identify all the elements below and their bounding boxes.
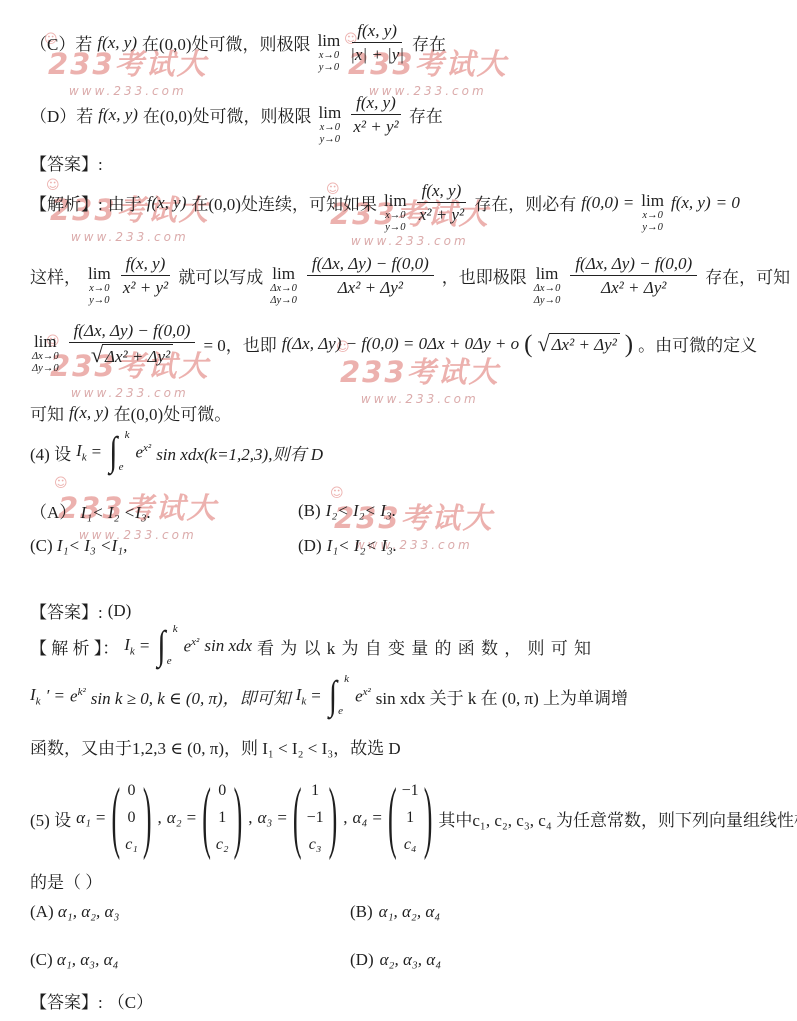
q4-analysis-line-3: 函数，又由于1,2,3 ∈ (0, π)，则 I₁ < I₂ < I₃，故选 D xyxy=(30,734,401,759)
left-paren: ( xyxy=(293,778,302,859)
equals-sign: = xyxy=(277,808,287,828)
fraction-numerator: f(Δx, Δy) − f(0,0) xyxy=(307,253,434,276)
option-text: 在(0,0)处可微，则极限 xyxy=(142,30,311,55)
lim-subscripts: Δx→0 Δy→0 xyxy=(270,283,297,307)
left-paren: ( xyxy=(202,778,211,859)
q5-option-d: (D) α₂, α₃, α₄ xyxy=(350,950,441,970)
option-label: (D) xyxy=(350,950,374,970)
option-text: I₁< I₂< I₃. xyxy=(327,536,397,556)
lim-subscripts: Δx→0 Δy→0 xyxy=(32,351,59,375)
option-text: α₂, α₃, α₄ xyxy=(380,950,442,970)
stem-text: 其中c₁, c₂, c₃, c₄ 为任意常数，则下列向量组线性相关 xyxy=(438,806,797,831)
answer-value: (D) xyxy=(108,601,132,621)
math-expansion: f(Δx, Δy) − f(0,0) = 0Δx + 0Δy + o xyxy=(282,334,519,354)
column-vector: ( 1 −1 c₃ ) xyxy=(293,782,337,854)
vector-entry: 0 xyxy=(128,809,136,827)
limit-operator: lim x→0 y→0 xyxy=(319,104,342,146)
q5-stem: (5) 设 α₁ = ( 0 0 c₁ ) , α₂ = ( 0 1 c₂ ) … xyxy=(30,782,797,854)
math-fraction: f(x, y) x² + y² xyxy=(121,253,171,299)
lim-sub-y: y→0 xyxy=(642,222,662,234)
q3-answer-line: 【答案】: xyxy=(30,150,103,175)
analysis-text: 函数，又由于1,2,3 ∈ (0, π)，则 I₁ < I₂ < I₃，故选 D xyxy=(30,734,401,759)
math-e: e xyxy=(135,442,143,461)
lim-sub-x: x→0 xyxy=(320,122,340,134)
lim-word: lim xyxy=(319,104,342,121)
separator: , xyxy=(158,808,162,828)
option-label: (B) xyxy=(298,501,321,521)
watermark-url: www.233.com xyxy=(50,230,210,244)
q4-option-b: (B) I₂< I₂< I₃. xyxy=(298,501,396,521)
option-label: (B) xyxy=(350,902,373,922)
answer-label: 【答案】: xyxy=(30,598,103,623)
integral-sign: ∫ xyxy=(109,433,117,469)
equals-sign: = xyxy=(92,442,102,462)
fraction-denominator: Δx² + Δy² xyxy=(601,276,666,298)
option-label: （C）若 xyxy=(30,30,92,55)
equals-sign: = xyxy=(96,808,106,828)
q3-analysis-line-1: 【解析】: 由于 f(x, y) 在(0,0)处连续，可知如果 lim x→0 … xyxy=(30,180,740,226)
vector-entry: 0 xyxy=(218,782,226,800)
lim-subscripts: Δx→0 Δy→0 xyxy=(534,283,561,307)
q4-answer-line: 【答案】: (D) xyxy=(30,598,131,623)
analysis-text: sin xdx 关于 k 在 (0, π) 上为单调增 xyxy=(376,684,628,709)
vector-entry: c₄ xyxy=(404,836,417,854)
equals-sign: = xyxy=(140,636,150,656)
integral-upper-bound: k xyxy=(125,429,130,441)
lim-sub-y: y→0 xyxy=(320,134,340,146)
lim-sub-x: x→0 xyxy=(319,50,339,62)
column-vector: ( 0 1 c₂ ) xyxy=(202,782,242,854)
option-text: α₁, α₃, α₄ xyxy=(57,950,119,969)
math-f-xy: f(x, y) xyxy=(671,193,711,213)
sup-k2: k² xyxy=(78,686,86,698)
math-e-k2: ek² xyxy=(70,686,86,707)
math-prime-eq: ′ = xyxy=(46,686,65,706)
separator: , xyxy=(343,808,347,828)
answer-label: 【答案】: xyxy=(30,988,103,1013)
math-e: e xyxy=(355,686,363,705)
math-eq-zero: = 0 xyxy=(716,193,740,213)
q3-analysis-line-4: 可知 f(x, y) 在(0,0)处可微。 xyxy=(30,400,231,425)
answer-value: （C） xyxy=(108,988,153,1013)
integral-lower-bound: e xyxy=(338,705,343,717)
analysis-text: 由于 xyxy=(108,190,142,215)
answer-label: 【答案】: xyxy=(30,150,103,175)
integral-operator: ∫ k e xyxy=(155,630,177,662)
fraction-numerator: f(Δx, Δy) − f(0,0) xyxy=(69,320,196,343)
lim-word: lim xyxy=(88,265,111,282)
right-paren: ) xyxy=(424,778,433,859)
column-vector: ( 0 0 c₁ ) xyxy=(112,782,152,854)
right-paren: ) xyxy=(625,332,633,357)
analysis-math: sin k ≥ 0, k ∈ (0, π)，即可知 xyxy=(91,684,291,709)
right-paren: ) xyxy=(234,778,243,859)
lim-sub-dx: Δx→0 xyxy=(534,283,561,295)
lim-sub-dy: Δy→0 xyxy=(32,363,59,375)
sqrt-radical: √ Δx² + Δy² xyxy=(537,333,619,355)
right-paren: ) xyxy=(329,778,338,859)
integral-lower-bound: e xyxy=(167,655,172,667)
analysis-text: 存在，则必有 xyxy=(474,190,576,215)
lim-word: lim xyxy=(641,192,664,209)
integral-sign: ∫ xyxy=(329,677,337,713)
math-fraction: f(x, y) x² + y² xyxy=(417,180,467,226)
question-number: (5) 设 xyxy=(30,806,71,831)
vector-name: α₁ xyxy=(76,808,91,828)
equals-sign: = xyxy=(372,808,382,828)
sup-x2: x² xyxy=(191,636,199,648)
lim-subscripts: x→0 y→0 xyxy=(385,210,405,234)
right-paren: ) xyxy=(143,778,152,859)
lim-sub-y: y→0 xyxy=(319,62,339,74)
fraction-denominator: √ Δx² + Δy² xyxy=(91,343,173,367)
fraction-denominator: |x| + |y| xyxy=(350,43,404,65)
option-text: α₁, α₂, α₄ xyxy=(379,902,441,922)
lim-word: lim xyxy=(34,333,57,350)
q4-options-row-2: (C) I₁< I₃ <I₁, (D) I₁< I₂< I₃. xyxy=(30,536,127,556)
sqrt-radical: √ Δx² + Δy² xyxy=(91,344,173,367)
math-I-k: Ik xyxy=(76,441,87,463)
sup-x2: x² xyxy=(363,686,371,698)
fraction-numerator: f(x, y) xyxy=(351,92,401,115)
lim-sub-y: y→0 xyxy=(89,295,109,307)
vector-entry: 1 xyxy=(218,809,226,827)
math-fraction: f(Δx, Δy) − f(0,0) Δx² + Δy² xyxy=(307,253,434,299)
option-label: (D) xyxy=(298,536,322,556)
lim-sub-x: x→0 xyxy=(642,210,662,222)
analysis-label: 【 解 析 】： xyxy=(30,634,119,659)
q4-stem: (4) 设 Ik = ∫ k e ex² sin xdx(k=1,2,3),则有… xyxy=(30,436,323,468)
q3-option-d: （D）若 f(x, y) 在(0,0)处可微，则极限 lim x→0 y→0 f… xyxy=(30,92,443,138)
vector-entries: 0 1 c₂ xyxy=(211,782,234,854)
math-e: e xyxy=(70,686,78,705)
sub-k: k xyxy=(301,695,306,707)
q4-option-c: (C) I₁< I₃ <I₁, xyxy=(30,536,127,556)
watermark-url: www.233.com xyxy=(50,386,210,400)
stem-text: 的是（ ） xyxy=(30,868,102,893)
vector-entries: 0 0 c₁ xyxy=(120,782,143,854)
limit-operator: lim x→0 y→0 xyxy=(88,265,111,307)
option-text: I₁< I₂ <I₃. xyxy=(81,503,151,522)
vector-entry: −1 xyxy=(402,782,419,800)
math-I-k: Ik xyxy=(296,685,307,707)
integral-upper-bound: k xyxy=(173,623,178,635)
vector-entry: 1 xyxy=(406,809,414,827)
column-vector: ( −1 1 c₄ ) xyxy=(388,782,432,854)
math-I-k: Ik xyxy=(124,635,135,657)
math-f-xy: f(x, y) xyxy=(98,105,138,125)
analysis-text: 看 为 以 k 为 自 变 量 的 函 数 ， 则 可 知 xyxy=(257,634,592,659)
fraction-numerator: f(x, y) xyxy=(417,180,467,203)
vector-name: α₄ xyxy=(353,808,368,828)
option-tail: 存在 xyxy=(412,30,446,55)
fraction-numerator: f(Δx, Δy) − f(0,0) xyxy=(570,253,697,276)
q5-options-row-1: (A) α₁, α₂, α₃ (B) α₁, α₂, α₄ xyxy=(30,902,119,922)
lim-sub-dy: Δy→0 xyxy=(270,295,297,307)
q4-options-row-1: （A） I₁< I₂ <I₃. (B) I₂< I₂< I₃. xyxy=(30,498,151,523)
sub-k: k xyxy=(36,695,41,707)
vector-name: α₂ xyxy=(167,808,182,828)
option-text: I₁< I₃ <I₁, xyxy=(57,536,127,555)
limit-operator: lim x→0 y→0 xyxy=(318,32,341,74)
limit-operator: lim x→0 y→0 xyxy=(384,192,407,234)
lim-word: lim xyxy=(384,192,407,209)
lim-subscripts: x→0 y→0 xyxy=(320,122,340,146)
separator: , xyxy=(248,808,252,828)
analysis-text: = 0，也即 xyxy=(203,331,276,356)
limit-operator: lim x→0 y→0 xyxy=(641,192,664,234)
q4-analysis-line-1: 【 解 析 】： Ik = ∫ k e ex² sin xdx 看 为 以 k … xyxy=(30,630,592,662)
math-e-x2: ex² xyxy=(135,442,151,463)
integral-operator: ∫ k e xyxy=(107,436,129,468)
option-label: （A） xyxy=(30,503,76,522)
watermark-smiley-icon: ☺ xyxy=(330,486,346,501)
option-text: I₂< I₂< I₃. xyxy=(326,501,396,521)
lim-sub-x: x→0 xyxy=(385,210,405,222)
analysis-text: 可知 xyxy=(30,400,64,425)
q5-options-row-2: (C) α₁, α₃, α₄ (D) α₂, α₃, α₄ xyxy=(30,950,118,970)
vector-entries: 1 −1 c₃ xyxy=(302,782,329,854)
q4-analysis-line-2: Ik ′ = ek² sin k ≥ 0, k ∈ (0, π)，即可知 Ik … xyxy=(30,680,628,712)
analysis-text: 这样， xyxy=(30,263,81,288)
math-e-x2: ex² xyxy=(184,636,200,657)
math-e-x2: ex² xyxy=(355,686,371,707)
q5-option-c: (C) α₁, α₃, α₄ xyxy=(30,950,118,970)
q4-option-a: （A） I₁< I₂ <I₃. xyxy=(30,498,151,523)
q5-stem-line-2: 的是（ ） xyxy=(30,868,102,893)
vector-entry: 0 xyxy=(128,782,136,800)
lim-word: lim xyxy=(318,32,341,49)
lim-subscripts: x→0 y→0 xyxy=(642,210,662,234)
analysis-text: 。由可微的定义 xyxy=(638,331,757,356)
option-label: （D）若 xyxy=(30,102,93,127)
lim-word: lim xyxy=(536,265,559,282)
sub-k: k xyxy=(130,645,135,657)
option-text: α₁, α₂, α₃ xyxy=(58,902,120,921)
integral-upper-bound: k xyxy=(344,673,349,685)
vector-name: α₃ xyxy=(257,808,272,828)
lim-sub-dx: Δx→0 xyxy=(270,283,297,295)
integral-sign: ∫ xyxy=(157,627,165,663)
analysis-text: 在(0,0)处可微。 xyxy=(114,400,232,425)
fraction-denominator: x² + y² xyxy=(123,276,168,298)
math-fraction: f(Δx, Δy) − f(0,0) Δx² + Δy² xyxy=(570,253,697,299)
option-label: (C) xyxy=(30,950,53,969)
lim-sub-dx: Δx→0 xyxy=(32,351,59,363)
lim-subscripts: x→0 y→0 xyxy=(89,283,109,307)
math-f-xy: f(x, y) xyxy=(147,193,187,213)
vector-entry: c₂ xyxy=(216,836,229,854)
vector-entry: c₃ xyxy=(309,836,322,854)
math-f-xy: f(x, y) xyxy=(97,33,137,53)
math-fraction: f(x, y) x² + y² xyxy=(351,92,401,138)
lim-subscripts: x→0 y→0 xyxy=(319,50,339,74)
sub-k: k xyxy=(82,451,87,463)
equals-sign: = xyxy=(311,686,321,706)
math-fraction: f(Δx, Δy) − f(0,0) √ Δx² + Δy² xyxy=(69,320,196,368)
math-fraction: f(x, y) |x| + |y| xyxy=(350,20,404,66)
q3-analysis-line-3: lim Δx→0 Δy→0 f(Δx, Δy) − f(0,0) √ Δx² +… xyxy=(30,320,757,368)
limit-operator: lim Δx→0 Δy→0 xyxy=(32,333,59,375)
integral-operator: ∫ k e xyxy=(327,680,349,712)
watermark-url: www.233.com xyxy=(330,234,490,248)
analysis-label: 【解析】: xyxy=(30,190,103,215)
analysis-text: 在(0,0)处连续，可知如果 xyxy=(191,190,377,215)
option-tail: 存在 xyxy=(409,102,443,127)
option-text: 在(0,0)处可微，则极限 xyxy=(143,102,312,127)
question-number: (4) 设 xyxy=(30,440,71,465)
watermark-smiley-icon: ☺ xyxy=(54,476,70,491)
analysis-text: 就可以写成 xyxy=(178,263,263,288)
option-label: (A) xyxy=(30,902,54,921)
left-paren: ( xyxy=(388,778,397,859)
fraction-numerator: f(x, y) xyxy=(352,20,402,43)
stem-tail: sin xdx(k=1,2,3),则有 D xyxy=(156,440,323,465)
math-f-xy: f(x, y) xyxy=(69,403,109,423)
lim-sub-dy: Δy→0 xyxy=(534,295,561,307)
analysis-text: ，也即极限 xyxy=(442,263,527,288)
vector-entry: 1 xyxy=(311,782,319,800)
q3-analysis-line-2: 这样， lim x→0 y→0 f(x, y) x² + y² 就可以写成 li… xyxy=(30,253,790,299)
q4-option-d: (D) I₁< I₂< I₃. xyxy=(298,536,397,556)
fraction-numerator: f(x, y) xyxy=(121,253,171,276)
vector-entry: −1 xyxy=(307,809,324,827)
left-paren: ( xyxy=(524,332,532,357)
watermark-url: www.233.com xyxy=(340,392,500,406)
q5-option-b: (B) α₁, α₂, α₄ xyxy=(350,902,440,922)
limit-operator: lim Δx→0 Δy→0 xyxy=(270,265,297,307)
lim-sub-y: y→0 xyxy=(385,222,405,234)
sup-x2: x² xyxy=(143,442,151,454)
limit-operator: lim Δx→0 Δy→0 xyxy=(534,265,561,307)
vector-entries: −1 1 c₄ xyxy=(397,782,424,854)
fraction-denominator: Δx² + Δy² xyxy=(338,276,403,298)
lim-word: lim xyxy=(272,265,295,282)
lim-sub-x: x→0 xyxy=(89,283,109,295)
math-sin-xdx: sin xdx xyxy=(204,636,252,656)
fraction-denominator: x² + y² xyxy=(353,115,398,137)
radicand: Δx² + Δy² xyxy=(549,333,620,355)
q5-option-a: (A) α₁, α₂, α₃ xyxy=(30,902,119,922)
fraction-denominator: x² + y² xyxy=(419,203,464,225)
q5-answer-line: 【答案】: （C） xyxy=(30,988,153,1013)
integral-lower-bound: e xyxy=(119,461,124,473)
vector-entry: c₁ xyxy=(125,836,138,854)
analysis-text: 存在，可知 xyxy=(705,263,790,288)
q3-option-c: （C）若 f(x, y) 在(0,0)处可微，则极限 lim x→0 y→0 f… xyxy=(30,20,446,66)
left-paren: ( xyxy=(112,778,121,859)
option-label: (C) xyxy=(30,536,53,555)
math-I-k: Ik xyxy=(30,685,41,707)
math-f00: f(0,0) = xyxy=(581,193,634,213)
equals-sign: = xyxy=(187,808,197,828)
radicand: Δx² + Δy² xyxy=(102,344,173,367)
